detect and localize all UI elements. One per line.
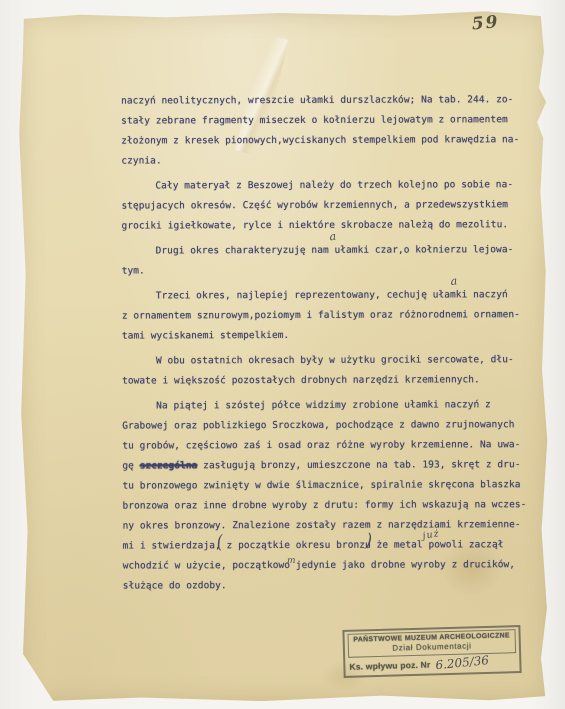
typed-segment: mi i stwierdzaja, xyxy=(123,540,221,551)
typed-line: W obu ostatnich okresach były w użytku g… xyxy=(122,350,526,371)
typed-segment: z początkie xyxy=(221,540,290,551)
typed-segment: zasługują bronzy, umieszczone na tab. 19… xyxy=(197,459,520,471)
typed-line: stały zebrane fragmenty miseczek o kołni… xyxy=(121,110,525,131)
typed-line: Na piątej i szóstej półce widzimy zrobio… xyxy=(122,395,526,416)
typed-line: Cały materyał z Beszowej należy do trzec… xyxy=(121,175,525,196)
typed-line: stępujacych okresów. Część wyrobów krzem… xyxy=(121,195,525,216)
typed-line: tu grobów, częściowo zaś i osad oraz róż… xyxy=(122,435,526,456)
handwritten-page-number: 59 xyxy=(471,12,500,34)
typed-line: ny okres bronzowy. Znalezione zostały ra… xyxy=(123,515,527,536)
typed-line: gę szczególna zasługują bronzy, umieszcz… xyxy=(122,455,526,476)
stamp-entry-label: Ks. wpływu poz. Nr xyxy=(349,660,430,672)
typed-segment: Trzeci okres, najlepiej reprezentowany, … xyxy=(156,289,427,301)
typed-line: tu bronzowego zwinięty w dwie ślimacznic… xyxy=(122,475,526,496)
typed-segment: że metal xyxy=(371,540,423,551)
typed-segment: Drugi okres charakteryzuję xyxy=(156,245,306,257)
struck-out-word: szczególna xyxy=(140,460,198,471)
handwritten-entry-number: 6.205/36 xyxy=(435,653,490,672)
typed-line: towate i większość pozostałych drobnych … xyxy=(122,370,526,391)
typed-line: wchodzić w użycie, początkowo jedynie ja… xyxy=(123,555,527,576)
paragraph: Na piątej i szóstej półce widzimy zrobio… xyxy=(122,395,527,596)
typed-segment: gę xyxy=(122,461,139,472)
museum-ink-stamp: PAŃSTWOWE MUZEUM ARCHEOLOGICZNE Dział Do… xyxy=(342,625,521,678)
paragraph: Trzeci okres, najlepiej reprezentowany, … xyxy=(122,285,526,346)
typed-line: Trzeci okres, najlepiej reprezentowany, … xyxy=(122,285,526,306)
typed-text-block: naczyń neolitycznych, wreszcie ułamki du… xyxy=(121,90,527,601)
document-page: 59 naczyń neolitycznych, wreszcie ułamki… xyxy=(17,10,550,704)
typed-line: z ornamentem sznurowym,poziomym i falist… xyxy=(122,305,526,326)
typed-line: tym. xyxy=(122,260,526,281)
typed-segment: okresu bronzu xyxy=(290,540,371,551)
paragraph: W obu ostatnich okresach były w użytku g… xyxy=(122,350,526,391)
typed-line: służące do ozdoby. xyxy=(123,575,527,596)
typed-line: czynia. xyxy=(121,150,525,171)
typed-line: Grabowej oraz poblizkiego Sroczkowa, poc… xyxy=(122,415,526,436)
paragraph: Drugi okres charakteryzujęa nam ułamki c… xyxy=(122,240,526,281)
typed-line: naczyń neolitycznych, wreszcie ułamki du… xyxy=(121,90,525,111)
typed-line: mi i stwierdzaja,( z początkiem okresu b… xyxy=(123,535,527,556)
typed-line: bronzowa oraz inne drobne wyroby z drutu… xyxy=(122,495,526,516)
paragraph: naczyń neolitycznych, wreszcie ułamki du… xyxy=(121,90,525,171)
typed-line: Drugi okres charakteryzujęa nam ułamki c… xyxy=(122,240,526,261)
typed-line: tami wyciskanemi stempelkiem. xyxy=(122,325,526,346)
typed-line: złożonym z kresek pionowych,wyciskanych … xyxy=(121,130,525,151)
